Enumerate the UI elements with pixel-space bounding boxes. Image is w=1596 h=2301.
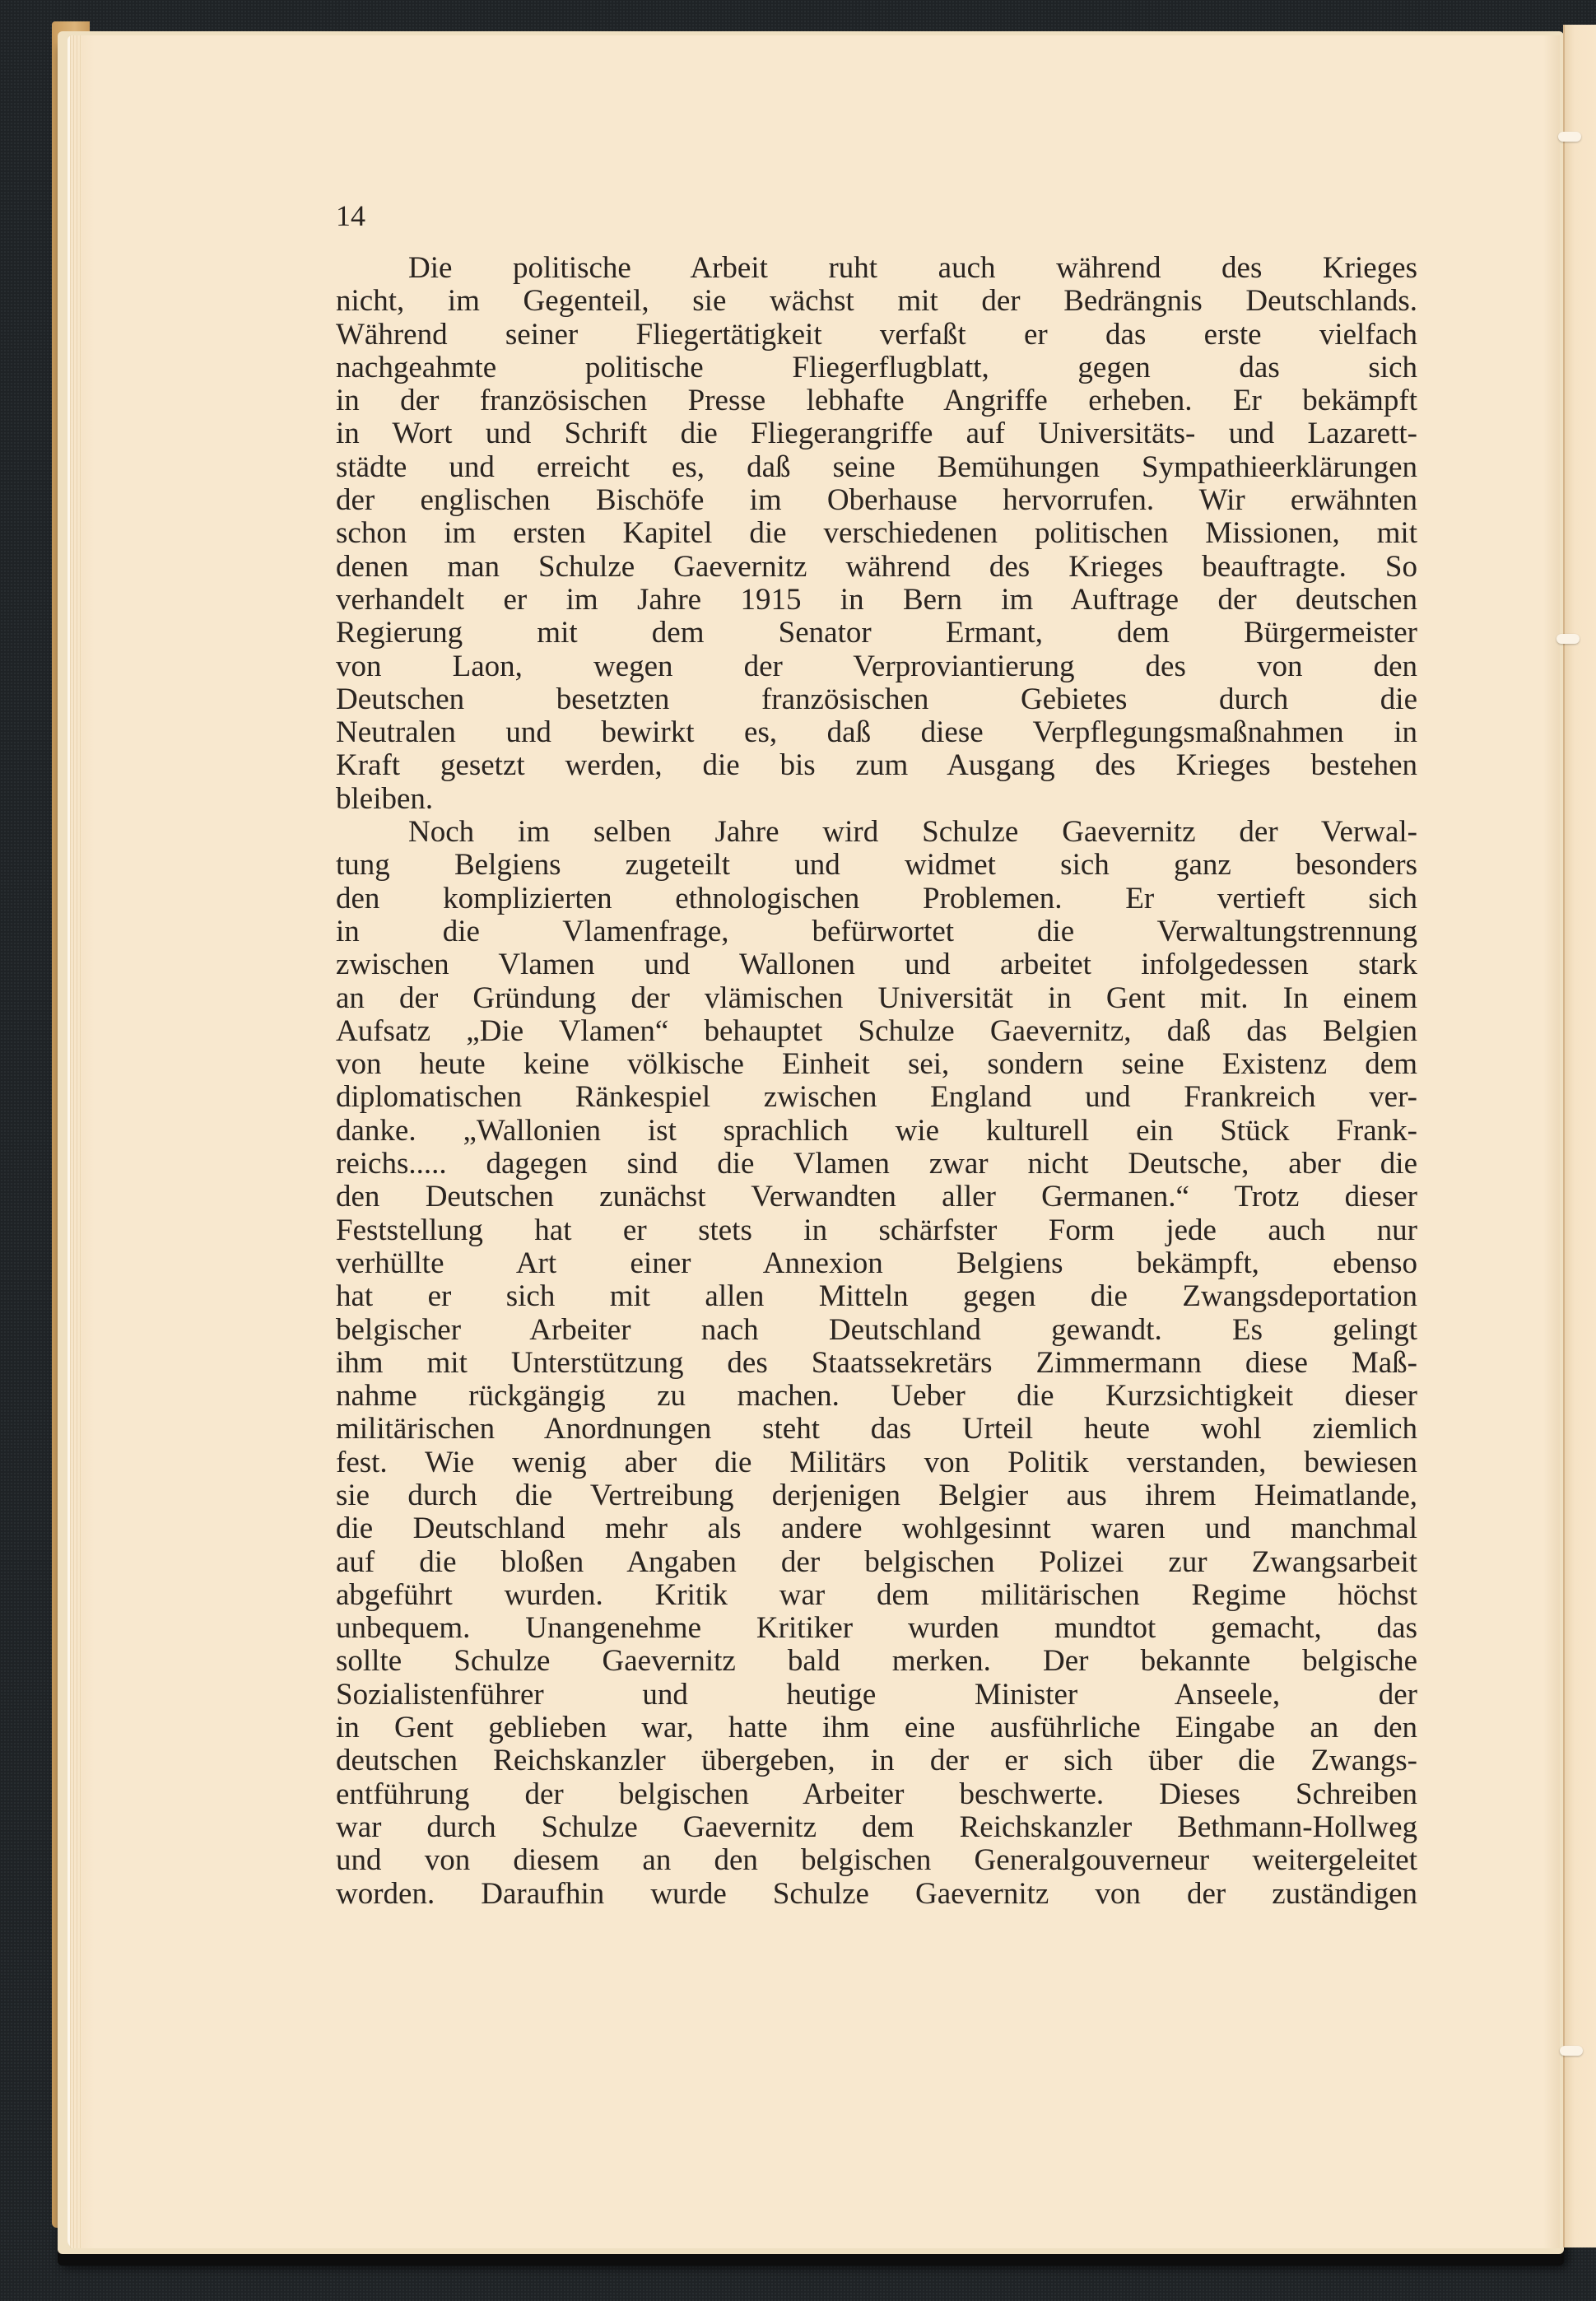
text-line: sie durch die Vertreibung derjenigen Bel… [336, 1479, 1417, 1512]
text-line: danke. „Wallonien ist sprachlich wie kul… [336, 1115, 1417, 1148]
text-line: nicht, im Gegenteil, sie wächst mit der … [336, 285, 1417, 318]
text-line: Feststellung hat er stets in schärfster … [336, 1214, 1417, 1247]
binding-staple-icon [1560, 2046, 1583, 2056]
text-line: belgischer Arbeiter nach Deutschland gew… [336, 1314, 1417, 1347]
text-line: städte und erreicht es, daß seine Bemühu… [336, 451, 1417, 484]
text-line: entführung der belgischen Arbeiter besch… [336, 1778, 1417, 1811]
page-number: 14 [336, 199, 365, 232]
text-line: Kraft gesetzt werden, die bis zum Ausgan… [336, 749, 1417, 782]
text-line: Deutschen besetzten französischen Gebiet… [336, 683, 1417, 716]
text-line: nachgeahmte politische Fliegerflugblatt,… [336, 352, 1417, 384]
text-line: tung Belgiens zugeteilt und widmet sich … [336, 849, 1417, 882]
text-line: in Wort und Schrift die Fliegerangriffe … [336, 417, 1417, 450]
text-line: war durch Schulze Gaevernitz dem Reichsk… [336, 1811, 1417, 1844]
text-line: die Deutschland mehr als andere wohlgesi… [336, 1512, 1417, 1545]
text-line: reichs..... dagegen sind die Vlamen zwar… [336, 1148, 1417, 1181]
text-line: ihm mit Unterstützung des Staatssekretär… [336, 1347, 1417, 1380]
text-line: unbequem. Unangenehme Kritiker wurden mu… [336, 1612, 1417, 1645]
text-line: Aufsatz „Die Vlamen“ behauptet Schulze G… [336, 1015, 1417, 1048]
text-line: auf die bloßen Angaben der belgischen Po… [336, 1546, 1417, 1579]
text-line: in Gent geblieben war, hatte ihm eine au… [336, 1712, 1417, 1744]
binding-staple-icon [1556, 634, 1580, 644]
text-line: und von diesem an den belgischen General… [336, 1844, 1417, 1877]
text-line: Regierung mit dem Senator Ermant, dem Bü… [336, 617, 1417, 650]
text-line: worden. Daraufhin wurde Schulze Gaeverni… [336, 1878, 1417, 1911]
text-line: zwischen Vlamen und Wallonen und arbeite… [336, 948, 1417, 981]
text-line: Noch im selben Jahre wird Schulze Gaever… [336, 816, 1417, 849]
text-line: nahme rückgängig zu machen. Ueber die Ku… [336, 1380, 1417, 1413]
text-line: an der Gründung der vlämischen Universit… [336, 982, 1417, 1015]
text-line: diplomatischen Ränkespiel zwischen Engla… [336, 1081, 1417, 1114]
text-line: militärischen Anordnungen steht das Urte… [336, 1413, 1417, 1446]
text-line: Neutralen und bewirkt es, daß diese Verp… [336, 716, 1417, 749]
text-line: Während seiner Fliegertätigkeit verfaßt … [336, 319, 1417, 352]
text-line: fest. Wie wenig aber die Militärs von Po… [336, 1446, 1417, 1479]
text-line: von Laon, wegen der Verproviantierung de… [336, 650, 1417, 683]
body-text: Die politische Arbeit ruht auch während … [336, 252, 1417, 1911]
text-line: Sozialistenführer und heutige Minister A… [336, 1679, 1417, 1712]
text-line: den Deutschen zunächst Verwandten aller … [336, 1181, 1417, 1213]
book-gutter [1563, 25, 1596, 2247]
text-line: von heute keine völkische Einheit sei, s… [336, 1048, 1417, 1081]
text-line: deutschen Reichskanzler übergeben, in de… [336, 1744, 1417, 1777]
text-line: verhandelt er im Jahre 1915 in Bern im A… [336, 584, 1417, 617]
text-line: abgeführt wurden. Kritik war dem militär… [336, 1579, 1417, 1612]
text-line: der englischen Bischöfe im Oberhause her… [336, 484, 1417, 517]
binding-staple-icon [1558, 132, 1581, 142]
text-line: hat er sich mit allen Mitteln gegen die … [336, 1280, 1417, 1313]
text-line: schon im ersten Kapitel die verschiedene… [336, 517, 1417, 550]
text-line: in der französischen Presse lebhafte Ang… [336, 384, 1417, 417]
text-line: Die politische Arbeit ruht auch während … [336, 252, 1417, 285]
text-line: sollte Schulze Gaevernitz bald merken. D… [336, 1645, 1417, 1678]
text-line: denen man Schulze Gaevernitz während des… [336, 551, 1417, 584]
text-line: den komplizierten ethnologischen Problem… [336, 883, 1417, 915]
text-line: verhüllte Art einer Annexion Belgiens be… [336, 1247, 1417, 1280]
text-line: in die Vlamenfrage, befürwortet die Verw… [336, 915, 1417, 948]
text-line: bleiben. [336, 783, 1417, 816]
